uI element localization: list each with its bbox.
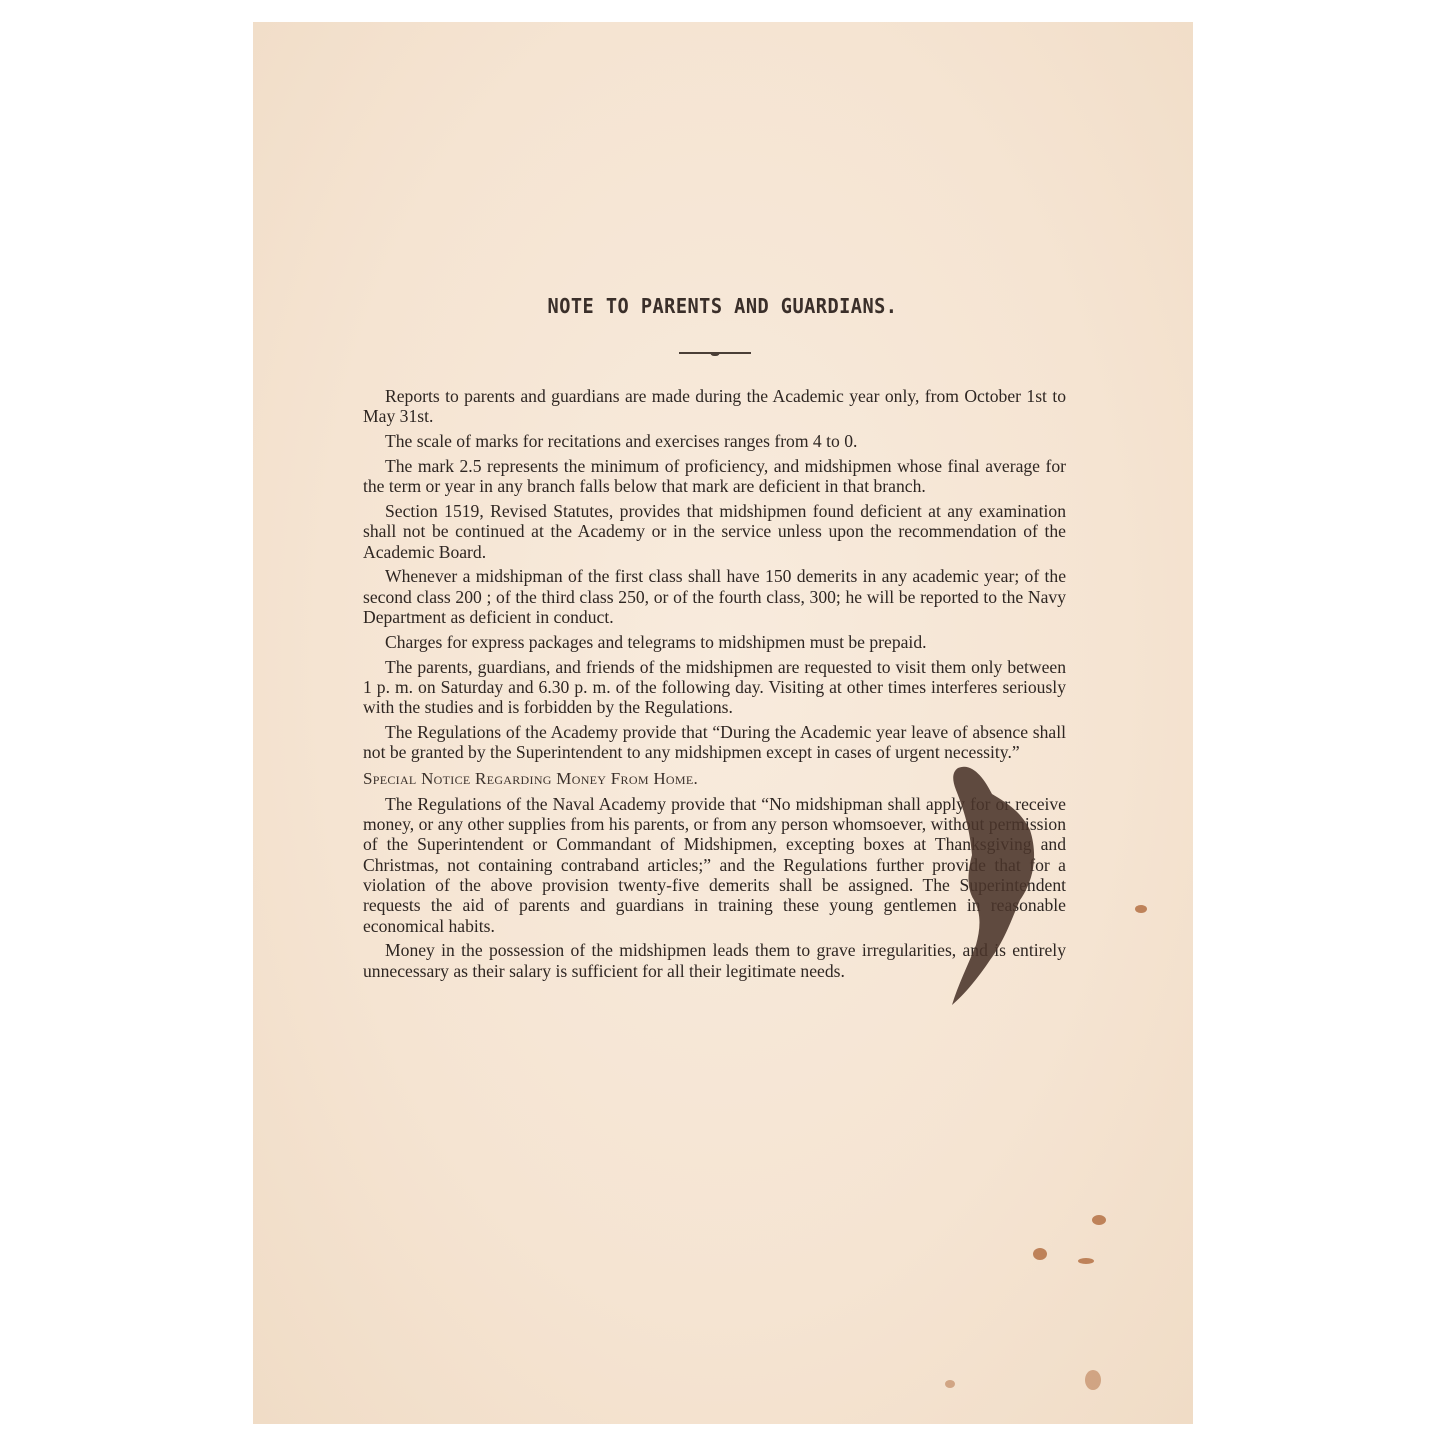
rust-spot bbox=[1092, 1215, 1106, 1225]
special-notice-heading: Special Notice Regarding Money From Home… bbox=[363, 769, 1066, 789]
paragraph-charges: Charges for express packages and telegra… bbox=[363, 632, 1066, 652]
rust-spot bbox=[1033, 1248, 1047, 1260]
document-body: Reports to parents and guardians are mad… bbox=[363, 386, 1066, 986]
paragraph-visiting: The parents, guardians, and friends of t… bbox=[363, 657, 1066, 718]
paragraph-money-regulation: The Regulations of the Naval Academy pro… bbox=[363, 794, 1066, 936]
page-title: NOTE TO PARENTS AND GUARDIANS. bbox=[51, 294, 1395, 318]
rust-spot bbox=[1135, 905, 1147, 913]
paragraph-reports: Reports to parents and guardians are mad… bbox=[363, 386, 1066, 427]
paragraph-proficiency: The mark 2.5 represents the minimum of p… bbox=[363, 456, 1066, 497]
rust-spot bbox=[1085, 1370, 1101, 1390]
paragraph-scale: The scale of marks for recitations and e… bbox=[363, 431, 1066, 451]
paragraph-demerits: Whenever a midshipman of the first class… bbox=[363, 566, 1066, 627]
title-divider bbox=[679, 352, 751, 354]
paragraph-leave: The Regulations of the Academy provide t… bbox=[363, 722, 1066, 763]
paragraph-money-possession: Money in the possession of the midshipme… bbox=[363, 940, 1066, 981]
rust-spot bbox=[945, 1380, 955, 1388]
paragraph-section-1519: Section 1519, Revised Statutes, provides… bbox=[363, 501, 1066, 562]
rust-spot bbox=[1078, 1258, 1094, 1264]
